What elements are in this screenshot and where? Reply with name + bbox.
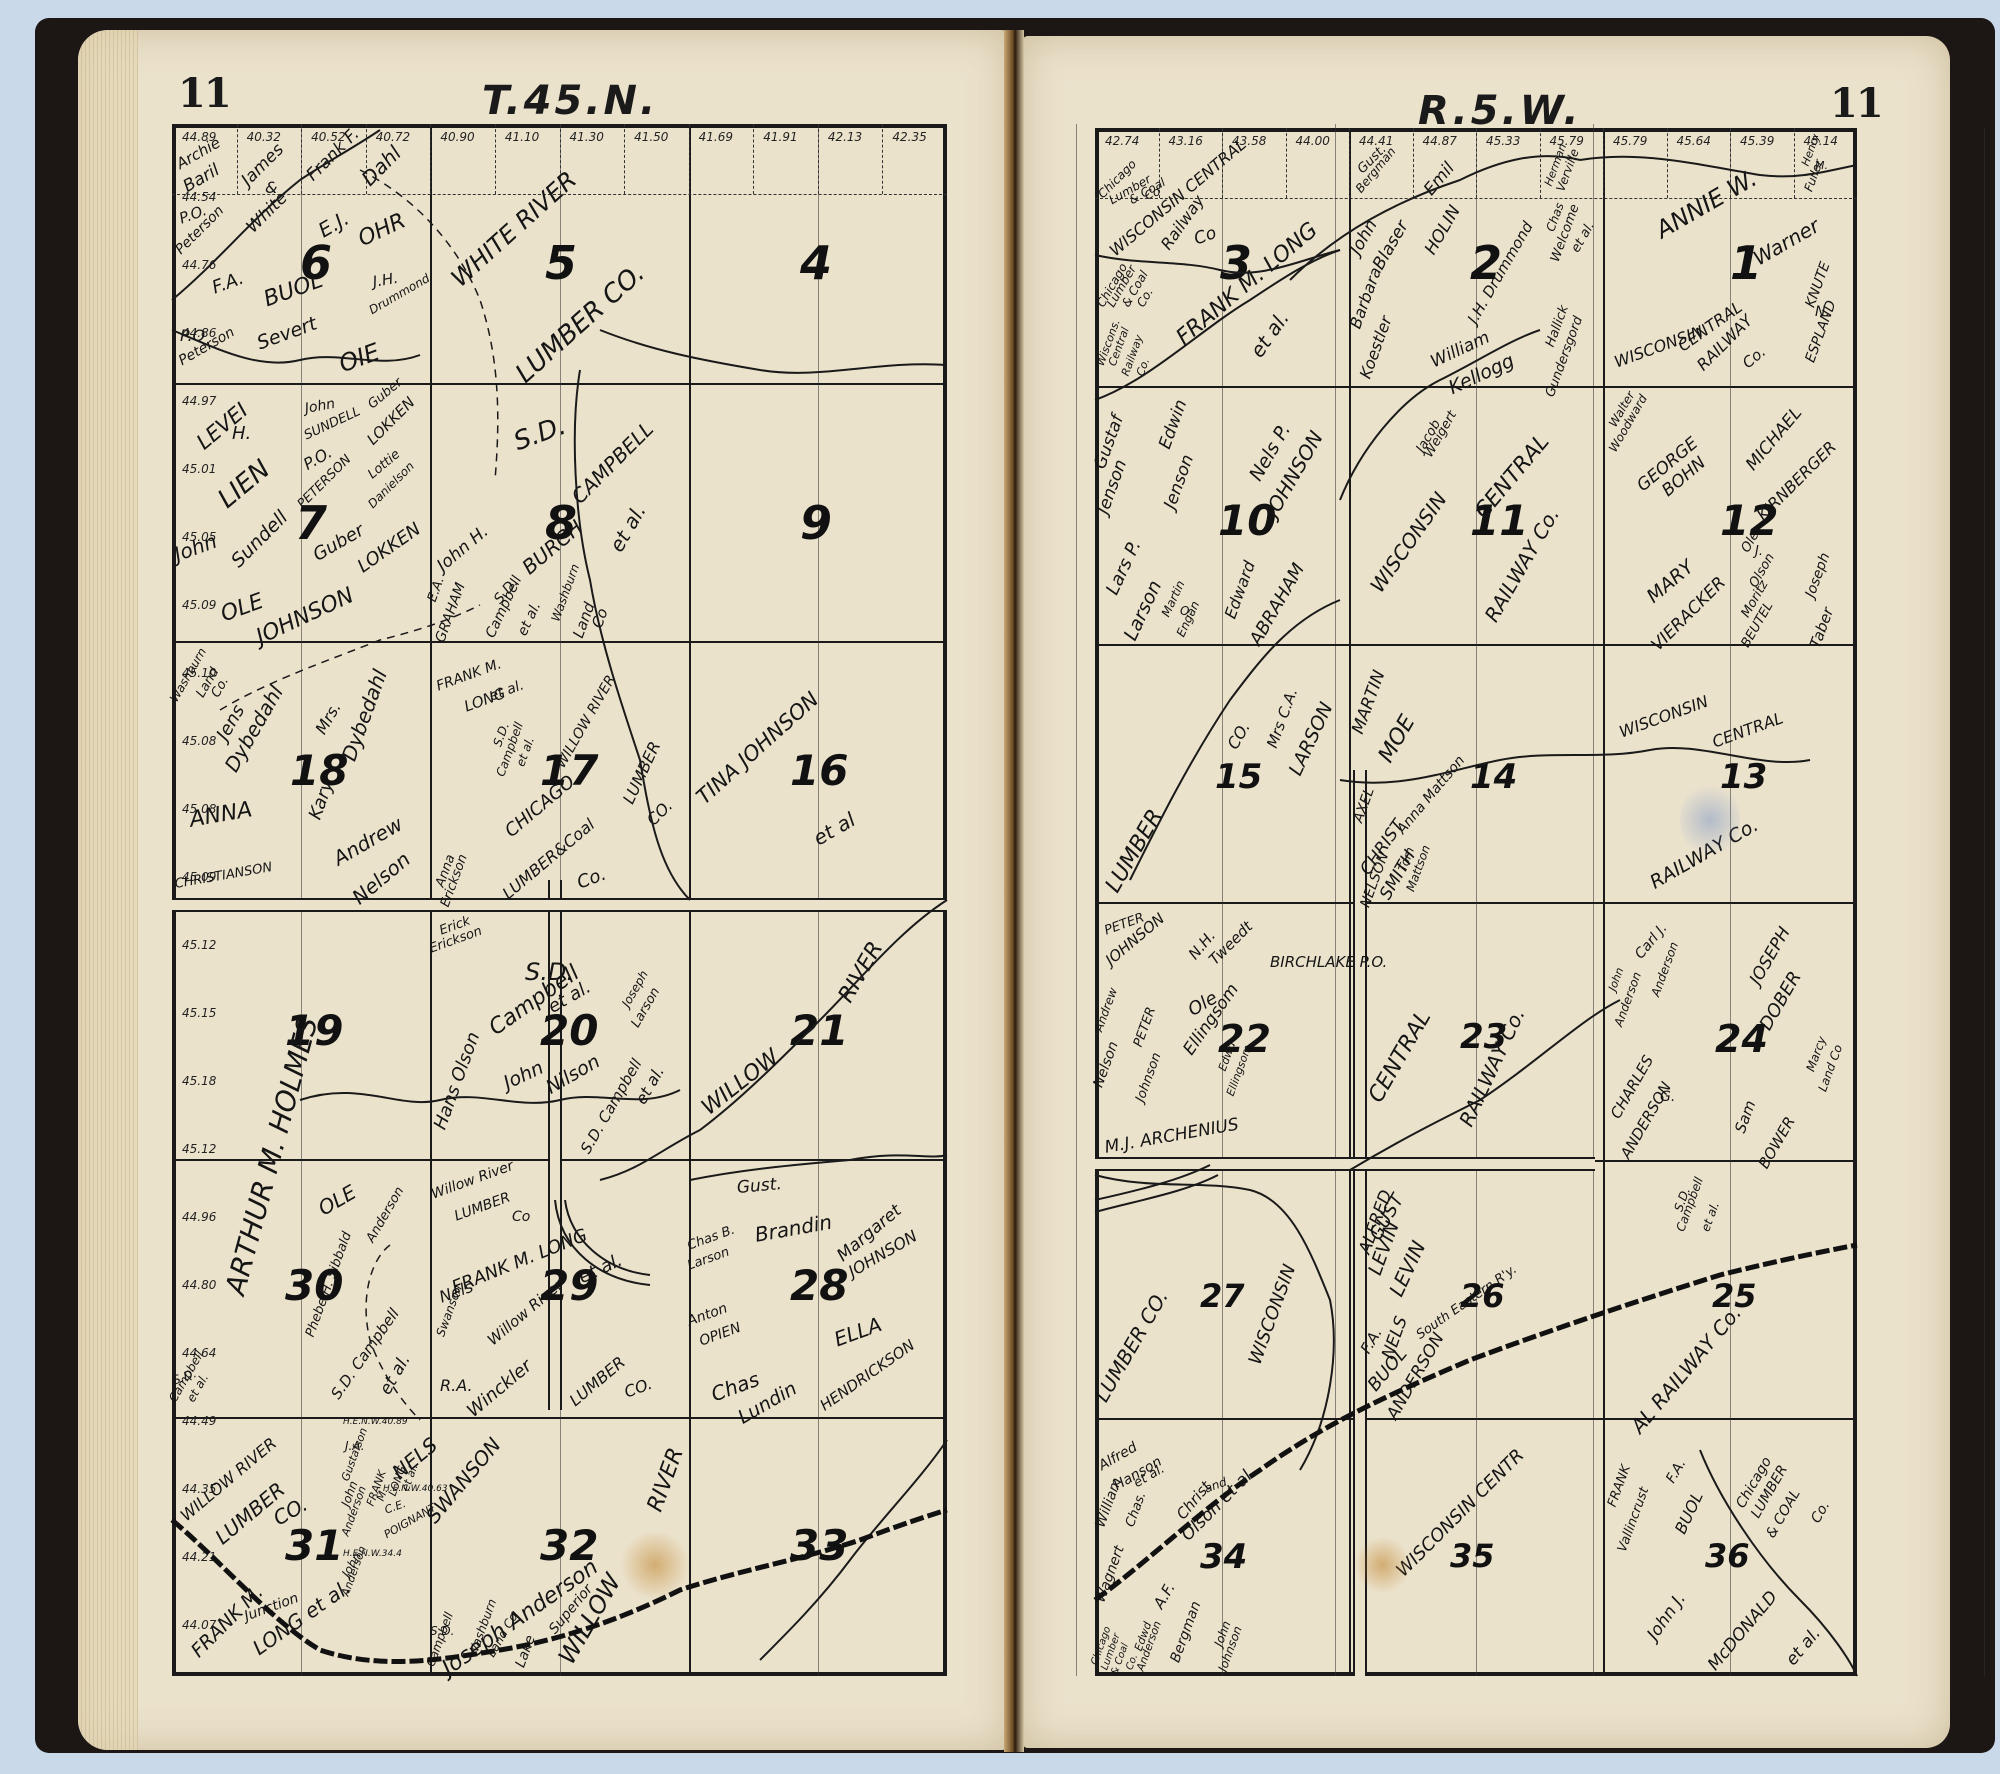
lot-line [1413, 128, 1414, 198]
left-page-number: 11 [178, 70, 230, 117]
road [172, 898, 947, 912]
section-number-5: 5 [545, 240, 577, 286]
owner-label: Co [512, 1210, 530, 1224]
owner-label: BIRCHLAKE P.O. [1270, 955, 1387, 970]
township-heading: T.45.N. [482, 78, 658, 124]
lot-acreage: 45.64 [1677, 134, 1711, 148]
lot-line [1540, 128, 1541, 198]
lot-line [495, 124, 496, 194]
section-number-27: 27 [1200, 1280, 1245, 1312]
quarter-line [1335, 124, 1336, 1676]
quarter-line [1730, 128, 1731, 1676]
section-number-21: 21 [790, 1010, 848, 1052]
water-stain [1355, 1535, 1410, 1595]
lot-acreage: 44.00 [1296, 134, 1330, 148]
section-number-35: 35 [1450, 1540, 1495, 1572]
lot-acreage: 40.90 [440, 130, 474, 144]
owner-label: H. [232, 425, 251, 443]
lot-line [1794, 128, 1795, 198]
lot-acreage: 45.15 [182, 1006, 216, 1020]
lot-acreage: 45.18 [182, 1074, 216, 1088]
lot-acreage: 45.01 [182, 462, 216, 476]
lot-acreage: 45.09 [182, 598, 216, 612]
lot-line [1603, 128, 1604, 198]
water-stain [620, 1530, 690, 1600]
lot-line [301, 124, 302, 194]
lot-acreage: 44.80 [182, 1278, 216, 1292]
owner-label: H.E.N.W.40.89 [343, 1418, 408, 1427]
lot-acreage: 42.13 [828, 130, 862, 144]
lot-acreage: 44.87 [1423, 134, 1457, 148]
lot-acreage: 45.39 [1740, 134, 1774, 148]
lot-line [624, 124, 625, 194]
book-gutter [1004, 30, 1024, 1752]
lot-acreage: 42.74 [1105, 134, 1139, 148]
lot-line [882, 124, 883, 194]
section-number-15: 15 [1215, 760, 1262, 794]
lot-acreage: 45.79 [1613, 134, 1647, 148]
section-number-36: 36 [1705, 1540, 1750, 1572]
ink-stain [1680, 780, 1740, 860]
lot-acreage: 45.08 [182, 734, 216, 748]
quarter-line [1076, 124, 1077, 1676]
lot-line [1286, 128, 1287, 198]
lot-acreage: 41.30 [570, 130, 604, 144]
lot-acreage: 44.97 [182, 394, 216, 408]
lot-acreage: 44.76 [182, 258, 216, 272]
lot-acreage: 45.12 [182, 1142, 216, 1156]
owner-label: Gust. [736, 1176, 782, 1197]
lot-acreage: 45.33 [1486, 134, 1520, 148]
page-edges [78, 30, 138, 1750]
lot-acreage: 44.96 [182, 1210, 216, 1224]
section-number-4: 4 [800, 240, 832, 286]
quarter-line [1593, 124, 1594, 1676]
quarter-line [1222, 128, 1223, 1676]
road [1095, 1157, 1595, 1171]
lot-acreage: 42.35 [892, 130, 926, 144]
lot-acreage: 41.50 [634, 130, 668, 144]
section-number-14: 14 [1470, 760, 1517, 794]
lot-line [430, 124, 431, 194]
section-number-34: 34 [1200, 1540, 1247, 1574]
lot-acreage: 45.12 [182, 938, 216, 952]
right-page-number: 11 [1830, 80, 1882, 127]
lot-acreage: 44.21 [182, 1550, 216, 1564]
lot-line [1349, 128, 1350, 198]
lot-acreage: 44.49 [182, 1414, 216, 1428]
lot-acreage: 41.91 [763, 130, 797, 144]
section-number-33: 33 [790, 1525, 848, 1567]
section-number-9: 9 [800, 500, 832, 546]
lot-line [237, 124, 238, 194]
quarter-line [1476, 128, 1477, 1676]
lot-acreage: 41.10 [505, 130, 539, 144]
lot-line [1667, 128, 1668, 198]
lot-acreage: 41.69 [699, 130, 733, 144]
section-number-20: 20 [540, 1010, 598, 1052]
owner-label: R.A. [440, 1378, 473, 1394]
lot-acreage: 43.16 [1169, 134, 1203, 148]
lot-line [753, 124, 754, 194]
lot-acreage: 40.72 [376, 130, 410, 144]
lot-line [818, 124, 819, 194]
lot-line [689, 124, 690, 194]
section-number-28: 28 [790, 1265, 848, 1307]
section-number-31: 31 [285, 1525, 343, 1567]
lot-line [1476, 128, 1477, 198]
quarter-line [1984, 128, 1985, 1676]
section-number-16: 16 [790, 750, 848, 792]
